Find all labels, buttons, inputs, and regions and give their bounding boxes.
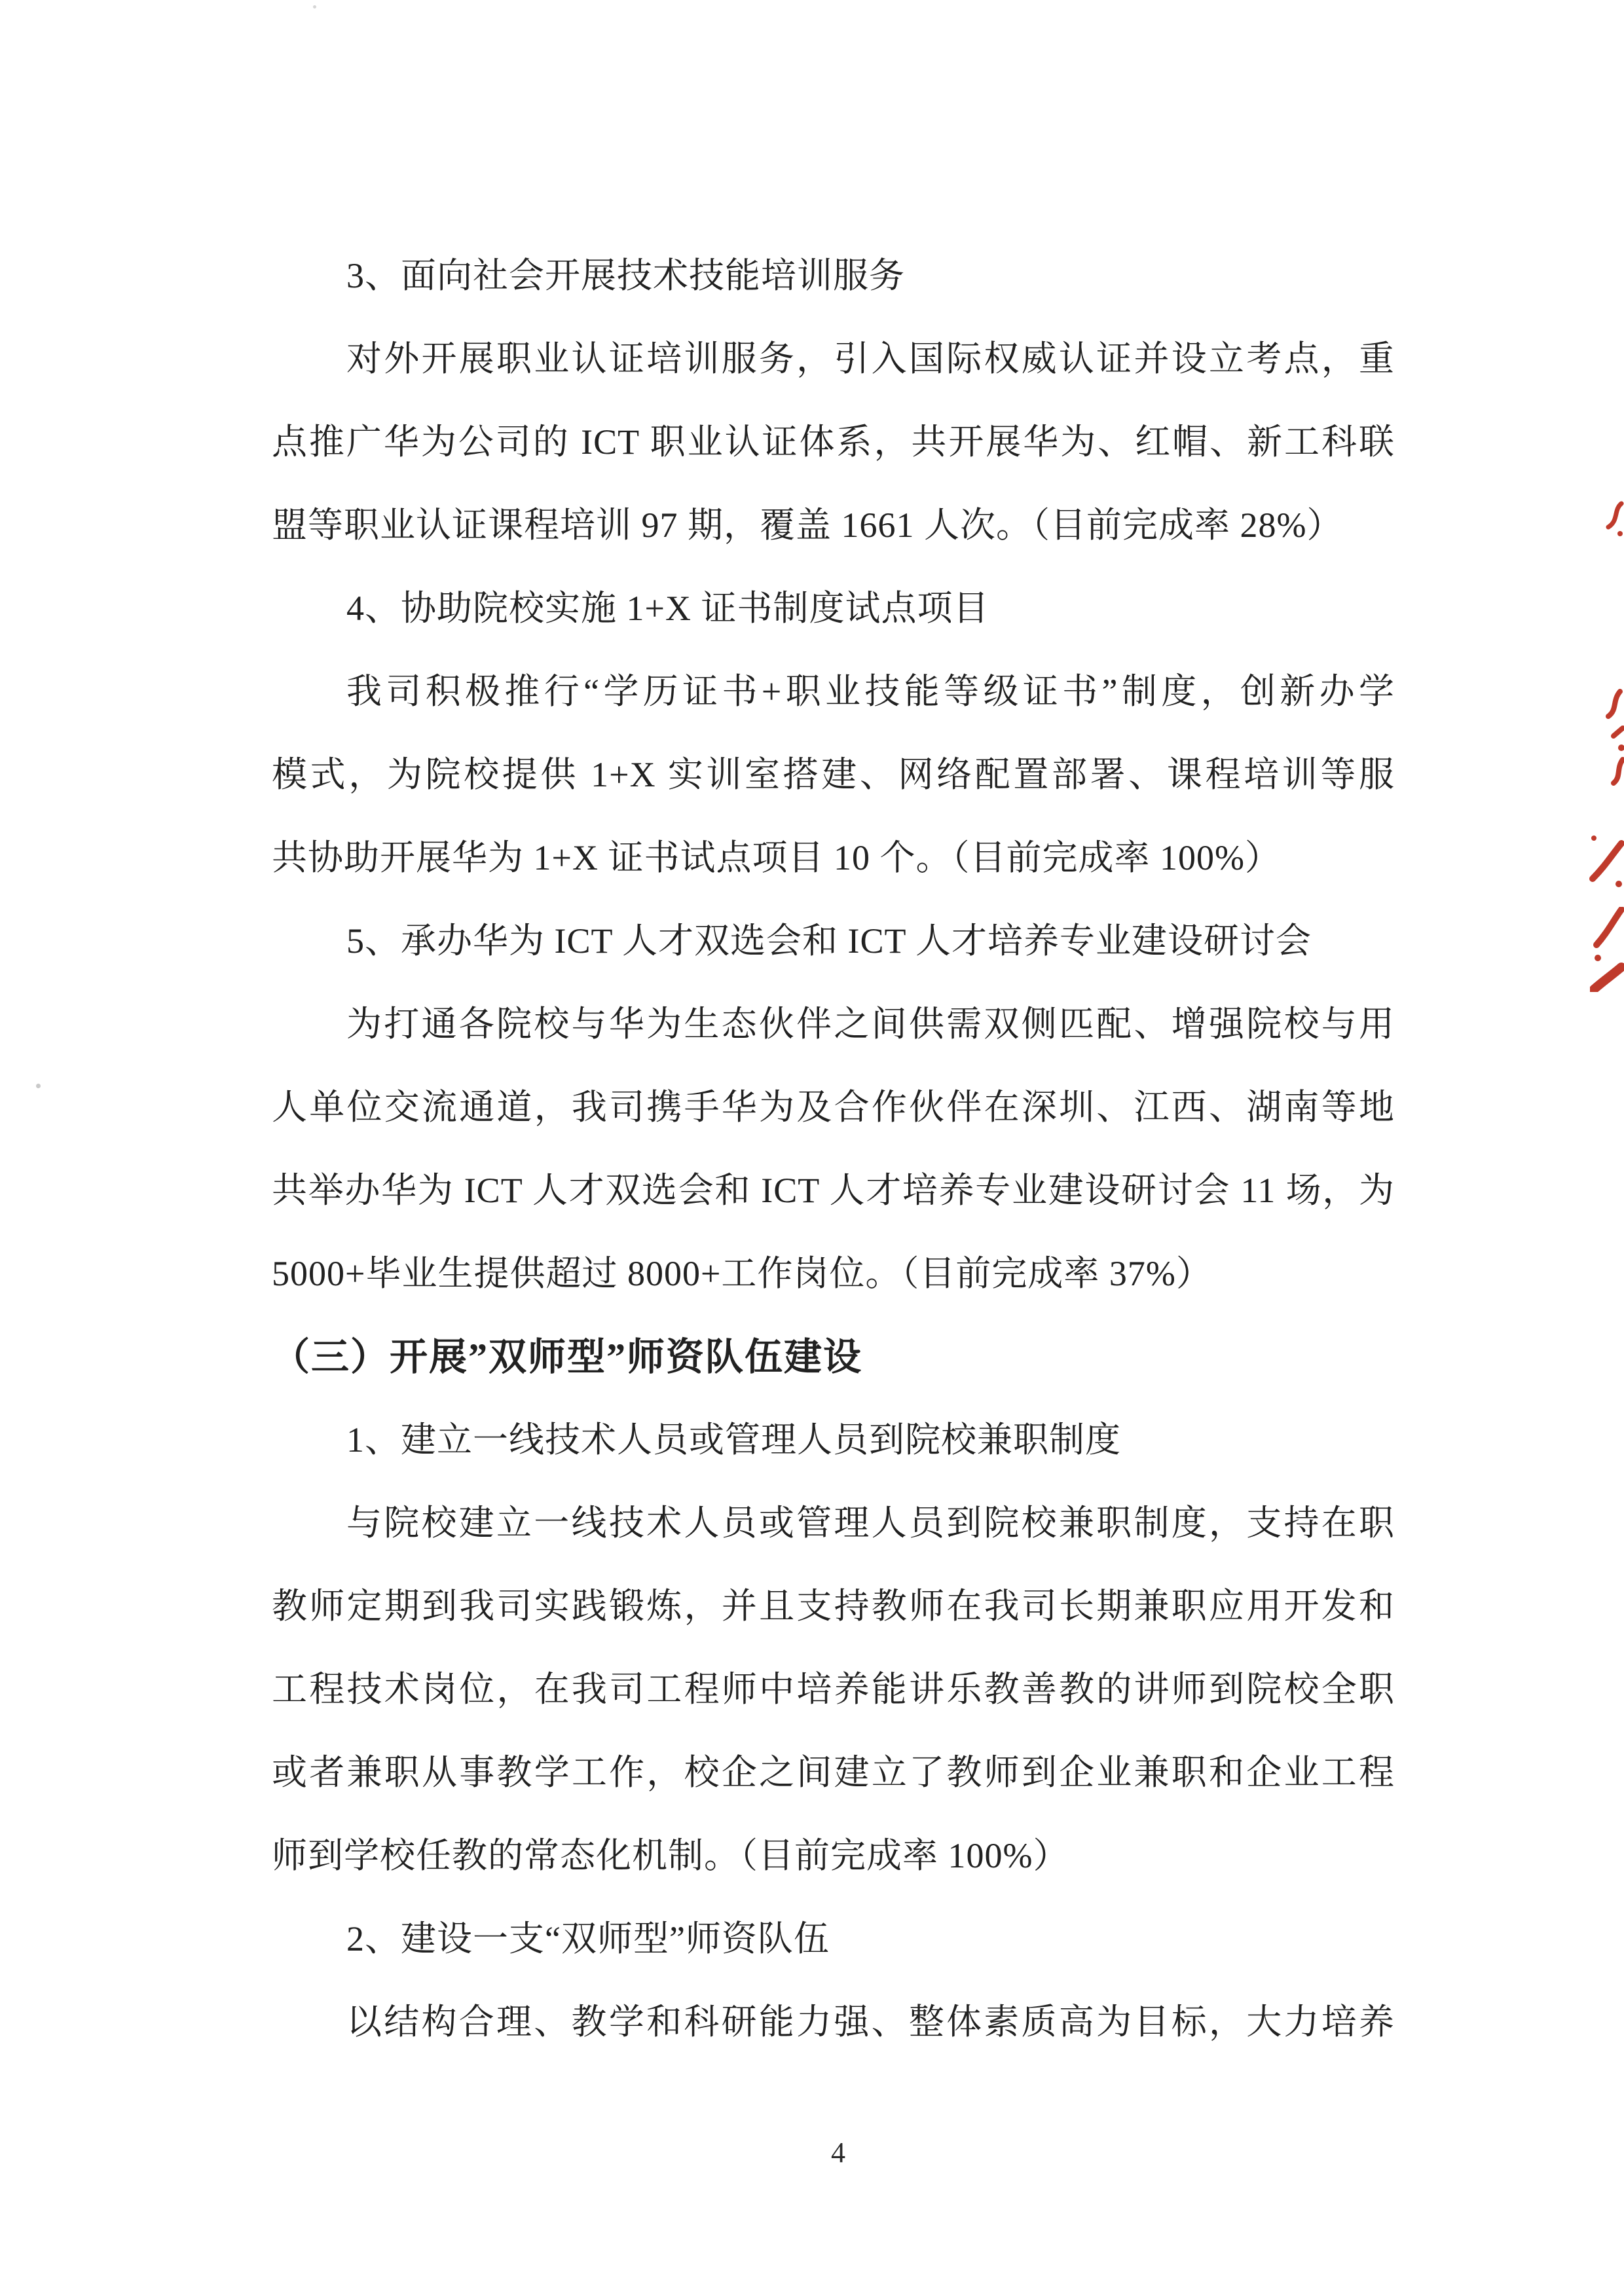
item-heading-2: 2、建设一支“双师型”师资队伍 — [272, 1898, 1395, 1981]
document-body: 3、面向社会开展技术技能培训服务 对外开展职业认证培训服务，引入国际权威认证并设… — [272, 234, 1395, 2064]
paragraph-line: 人单位交流通道，我司携手华为及合作伙伴在深圳、江西、湖南等地 — [272, 1066, 1395, 1149]
paragraph-line: 为打通各院校与华为生态伙伴之间供需双侧匹配、增强院校与用 — [272, 983, 1395, 1066]
paragraph-line: 盟等职业认证课程培训 97 期，覆盖 1661 人次。（目前完成率 28%） — [272, 484, 1395, 567]
paragraph-line: 以结构合理、教学和科研能力强、整体素质高为目标，大力培养 — [272, 1981, 1395, 2064]
section-heading-three: （三）开展”双师型”师资队伍建设 — [272, 1315, 1395, 1399]
paragraph-line: 共协助开展华为 1+X 证书试点项目 10 个。（目前完成率 100%） — [272, 817, 1395, 900]
paragraph-line: 师到学校任教的常态化机制。（目前完成率 100%） — [272, 1814, 1395, 1898]
red-ink-marks — [1565, 0, 1624, 2295]
paragraph-line: 与院校建立一线技术人员或管理人员到院校兼职制度，支持在职 — [272, 1482, 1395, 1565]
paragraph-line: 或者兼职从事教学工作，校企之间建立了教师到企业兼职和企业工程 — [272, 1731, 1395, 1814]
red-ink-mark — [1594, 688, 1624, 786]
paragraph-line: 共举办华为 ICT 人才双选会和 ICT 人才培养专业建设研讨会 11 场，为 — [272, 1149, 1395, 1232]
paragraph-line: 对外开展职业认证培训服务，引入国际权威认证并设立考点，重 — [272, 318, 1395, 401]
paragraph-line: 5000+毕业生提供超过 8000+工作岗位。（目前完成率 37%） — [272, 1232, 1395, 1315]
page-number: 4 — [0, 2136, 1624, 2169]
red-ink-mark — [1585, 832, 1624, 890]
paragraph-line: 教师定期到我司实践锻炼，并且支持教师在我司长期兼职应用开发和 — [272, 1565, 1395, 1648]
paragraph-line: 模式，为院校提供 1+X 实训室搭建、网络配置部署、课程培训等服务， — [272, 733, 1395, 817]
red-ink-mark — [1602, 501, 1624, 538]
item-heading-4: 4、协助院校实施 1+X 证书制度试点项目 — [272, 567, 1395, 650]
paragraph-line: 我司积极推行“学历证书+职业技能等级证书”制度，创新办学 — [272, 650, 1395, 733]
item-heading-3: 3、面向社会开展技术技能培训服务 — [272, 234, 1395, 318]
paragraph-line: 点推广华为公司的 ICT 职业认证体系，共开展华为、红帽、新工科联 — [272, 401, 1395, 484]
paragraph-line: 工程技术岗位，在我司工程师中培养能讲乐教善教的讲师到院校全职 — [272, 1648, 1395, 1731]
item-heading-5: 5、承办华为 ICT 人才双选会和 ICT 人才培养专业建设研讨会 — [272, 900, 1395, 983]
scan-artifact-dot — [313, 5, 316, 9]
item-heading-1: 1、建立一线技术人员或管理人员到院校兼职制度 — [272, 1399, 1395, 1482]
document-page: 3、面向社会开展技术技能培训服务 对外开展职业认证培训服务，引入国际权威认证并设… — [0, 0, 1624, 2295]
scan-artifact-dot — [36, 1084, 41, 1088]
red-ink-mark — [1590, 907, 1624, 992]
